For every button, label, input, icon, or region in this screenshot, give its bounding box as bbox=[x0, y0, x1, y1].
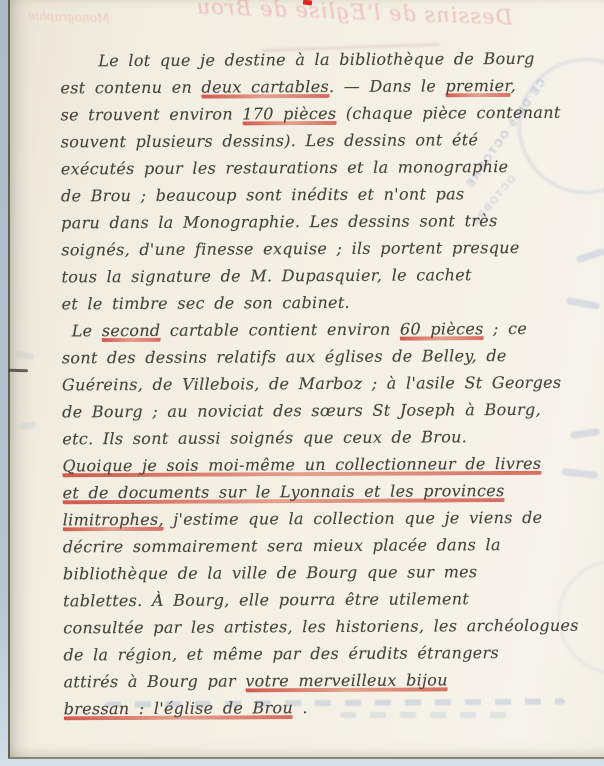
handwriting-line: etc. Ils sont aussi soignés que ceux de … bbox=[62, 423, 592, 453]
handwriting-line: et de documents sur le Lyonnais et les p… bbox=[62, 477, 592, 507]
handwriting-text: de Bourg ; au noviciat des sœurs St Jose… bbox=[62, 400, 541, 422]
red-underlined-text: votre merveilleux bijou bbox=[245, 670, 448, 692]
handwriting-text: consultée par les artistes, les historie… bbox=[63, 616, 579, 638]
bleedthrough-header-fragment: Monographie bbox=[28, 9, 110, 26]
paper-edge-nick bbox=[8, 369, 28, 373]
letter-body: Le lot que je destine à la bibliothèque … bbox=[60, 45, 594, 723]
handwriting-line: Le second cartable contient environ 60 p… bbox=[62, 315, 592, 345]
handwriting-line: de la région, et même par des érudits ét… bbox=[63, 639, 593, 669]
bleedthrough-mark bbox=[15, 350, 34, 361]
handwriting-text: Le bbox=[72, 321, 102, 340]
handwriting-line: Le lot que je destine à la bibliothèque … bbox=[60, 45, 590, 75]
handwriting-text: soignés, d'une finesse exquise ; ils por… bbox=[61, 238, 519, 259]
handwriting-text: . bbox=[293, 698, 308, 717]
handwriting-text: cartable contient environ bbox=[160, 320, 400, 340]
red-underlined-text: bressan : l'église de Brou bbox=[64, 698, 293, 720]
red-underlined-text: et de documents sur le Lyonnais et les p… bbox=[63, 481, 505, 504]
handwriting-text: sont des dessins relatifs aux églises de… bbox=[62, 346, 507, 367]
handwriting-line: souvent plusieurs dessins). Les dessins … bbox=[61, 126, 591, 156]
handwriting-text: décrire sommairement sera mieux placée d… bbox=[63, 535, 501, 556]
handwriting-text: tous la signature de M. Dupasquier, le c… bbox=[61, 265, 471, 286]
handwriting-text: . — Dans le bbox=[329, 76, 446, 96]
handwriting-line: est contenu en deux cartables. — Dans le… bbox=[60, 72, 590, 102]
red-underlined-text: 170 pièces bbox=[242, 104, 336, 125]
handwriting-text: ; ce bbox=[484, 319, 528, 338]
red-underlined-text: deux cartables bbox=[201, 77, 329, 99]
handwriting-line: décrire sommairement sera mieux placée d… bbox=[63, 531, 593, 561]
handwriting-line: bibliothèque de la ville de Bourg que su… bbox=[63, 558, 593, 588]
handwriting-text: souvent plusieurs dessins). Les dessins … bbox=[61, 130, 479, 151]
handwriting-text: bibliothèque de la ville de Bourg que su… bbox=[63, 562, 478, 583]
handwriting-text: tablettes. À Bourg, elle pourra être uti… bbox=[63, 589, 469, 610]
red-underlined-text: premier bbox=[445, 76, 510, 97]
red-underlined-text: Quoique je sois moi-même un collectionne… bbox=[62, 454, 541, 478]
handwriting-line: de Brou ; beaucoup sont inédits et n'ont… bbox=[61, 180, 591, 210]
handwriting-line: tous la signature de M. Dupasquier, le c… bbox=[61, 261, 591, 291]
handwriting-text: paru dans la Monographie. Les dessins so… bbox=[61, 211, 497, 232]
handwriting-line: Quoique je sois moi-même un collectionne… bbox=[62, 450, 592, 480]
handwriting-text: se trouvent environ bbox=[61, 104, 243, 124]
handwriting-line: de Bourg ; au noviciat des sœurs St Jose… bbox=[62, 396, 592, 426]
handwriting-text: et le timbre sec de son cabinet. bbox=[62, 293, 350, 314]
handwriting-line: attirés à Bourg par votre merveilleux bi… bbox=[63, 666, 593, 696]
handwriting-text: j'estime que la collection que je viens … bbox=[164, 508, 543, 529]
handwriting-line: paru dans la Monographie. Les dessins so… bbox=[61, 207, 591, 237]
handwriting-line: se trouvent environ 170 pièces (chaque p… bbox=[61, 99, 591, 129]
handwriting-line: limitrophes, j'estime que la collection … bbox=[63, 504, 593, 534]
handwriting-text: attirés à Bourg par bbox=[64, 671, 246, 691]
handwriting-line: tablettes. À Bourg, elle pourra être uti… bbox=[63, 585, 593, 615]
handwriting-text: de Brou ; beaucoup sont inédits et n'ont… bbox=[61, 184, 465, 205]
red-underlined-text: 60 pièces bbox=[400, 319, 484, 340]
handwriting-line: soignés, d'une finesse exquise ; ils por… bbox=[61, 234, 591, 264]
bleedthrough-mark bbox=[20, 421, 37, 431]
document-scan: Dessins de l'Eglise de Brou Monographie … bbox=[0, 0, 604, 766]
handwriting-line: et le timbre sec de son cabinet. bbox=[62, 288, 592, 318]
handwriting-line: sont des dessins relatifs aux églises de… bbox=[62, 342, 592, 372]
handwriting-text: Guéreins, de Villebois, de Marboz ; à l'… bbox=[62, 373, 561, 395]
handwriting-text: , bbox=[511, 76, 516, 95]
handwriting-text: (chaque pièce contenant bbox=[336, 103, 560, 123]
red-underlined-text: second bbox=[102, 321, 161, 342]
handwriting-line: consultée par les artistes, les historie… bbox=[63, 612, 593, 642]
handwriting-text: de la région, et même par des érudits ét… bbox=[63, 643, 499, 664]
red-underlined-text: limitrophes, bbox=[63, 510, 164, 532]
handwriting-line: exécutés pour les restaurations et la mo… bbox=[61, 153, 591, 183]
paper-sheet: Dessins de l'Eglise de Brou Monographie … bbox=[8, 0, 604, 759]
handwriting-text: est contenu en bbox=[60, 78, 201, 98]
handwriting-line: Guéreins, de Villebois, de Marboz ; à l'… bbox=[62, 369, 592, 399]
handwriting-text: Le lot que je destine à la bibliothèque … bbox=[98, 49, 534, 70]
handwriting-text: etc. Ils sont aussi soignés que ceux de … bbox=[62, 427, 467, 448]
handwriting-line: bressan : l'église de Brou . bbox=[64, 693, 594, 723]
bleedthrough-header-text: Dessins de l'Eglise de Brou bbox=[114, 0, 595, 32]
handwriting-text: exécutés pour les restaurations et la mo… bbox=[61, 157, 509, 178]
